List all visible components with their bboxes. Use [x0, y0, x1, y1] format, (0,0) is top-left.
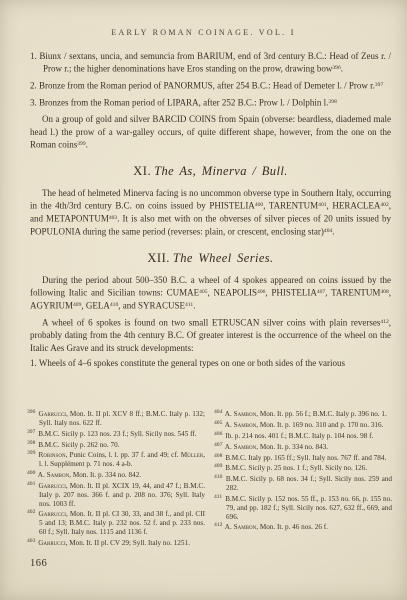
text-run: , NEAPOLIS: [208, 288, 258, 298]
text-run: , TARENTUM: [325, 288, 380, 298]
page-number: 166: [30, 558, 47, 569]
text-run: , HERACLEA: [327, 201, 381, 211]
paragraph-barcid-coins: On a group of gold and silver BARCID COI…: [30, 113, 391, 151]
footnote-number: 402: [27, 509, 35, 515]
text-run: .: [332, 227, 334, 237]
footnote-entry-397: 397 B.M.C. Sicily p. 123 nos. 23 f.; Syl…: [27, 428, 205, 439]
footnote-entry-408: 408 B.M.C. Italy pp. 165 ff.; Syll. Ital…: [214, 452, 392, 463]
text-run: , Mon. It. p. 334 no. 842.: [69, 471, 141, 479]
text-run: A wheel of 6 spokes is found on two smal…: [42, 318, 380, 328]
author-name: Sambon: [234, 443, 257, 451]
text-run: B.M.C. Sicily p. 123 nos. 23 f.; Syll. S…: [38, 430, 196, 438]
author-name: Robinson: [39, 452, 66, 460]
footnote-reference: 411: [185, 302, 193, 308]
footnote-reference: 402: [380, 202, 388, 208]
author-name: Sambon: [234, 523, 257, 531]
running-head: EARLY ROMAN COINAGE. VOL. I: [0, 28, 407, 37]
footnote-entry-412: 412 A. Sambon, Mon. It. p. 46 nos. 26 f.: [214, 521, 392, 532]
author-name: Garrucci: [39, 410, 66, 418]
text-run: .: [193, 301, 195, 311]
footnote-entry-409: 409 B.M.C. Sicily p. 25 nos. 1 f.; Syll.…: [214, 462, 392, 473]
footnote-entry-399: 399 Robinson, Punic Coins, l. l. pp. 37 …: [27, 449, 205, 469]
footnote-reference: 410: [110, 302, 118, 308]
text-run: B.M.C. Sicily p. 68 nos. 34 f.; Syll. Si…: [226, 475, 392, 492]
footnote-number: 408: [214, 453, 222, 459]
footnote-reference: 401: [318, 202, 326, 208]
text-run: A.: [225, 421, 234, 429]
footnote-entry-401: 401 Garrucci, Mon. It. II pl. XCIX 19, 4…: [27, 480, 205, 508]
text-run: B.M.C. Sicily p. 262 no. 70.: [38, 441, 119, 449]
section-title: The As, Minerva / Bull.: [154, 164, 288, 178]
author-name: Sambon: [47, 471, 70, 479]
text-run: Bronzes from the Roman period of LIPARA,…: [39, 98, 328, 108]
author-name: Garrucci: [38, 482, 65, 490]
footnote-entry-403: 403 Garrucci, Mon. It. II pl. CV 29; Syl…: [27, 537, 205, 548]
author-name: Garrucci: [38, 539, 65, 547]
footnote-number: 405: [214, 420, 222, 426]
section-heading-xii: XII.The Wheel Series.: [30, 251, 391, 266]
paragraph-minerva-bull: The head of helmeted Minerva facing is n…: [30, 187, 391, 238]
author-name: Sambon: [234, 410, 257, 418]
text-run: Bronze from the Roman period of PANORMUS…: [39, 81, 375, 91]
text-run: B.M.C. Sicily p. 25 nos. 1 f.; Syll. Sic…: [225, 464, 367, 472]
text-run: A.: [38, 471, 47, 479]
text-run: , GELA: [81, 301, 110, 311]
text-run: Ib. p. 214 nos. 401 f.; B.M.C. Italy p. …: [225, 432, 373, 440]
author-name: Sambon: [234, 421, 257, 429]
section-title: The Wheel Series.: [173, 251, 274, 265]
text-run: A.: [225, 443, 234, 451]
footnote-reference: 396: [332, 65, 340, 71]
text-run: , Mon. It. II pl. CV 29; Syll. Italy no.…: [66, 539, 190, 547]
text-run: , PHISTELIA: [265, 288, 316, 298]
footnote-number: 407: [214, 442, 222, 448]
text-run: , Mon. It. p. 46 nos. 26 f.: [256, 523, 328, 531]
footnote-col-left: 396 Garrucci, Mon. It. II pl. XCV 8 ff.;…: [27, 408, 205, 548]
footnote-number: 398: [27, 440, 35, 446]
item-number: 2.: [30, 81, 37, 91]
footnote-entry-400: 400 A. Sambon, Mon. It. p. 334 no. 842.: [27, 469, 205, 480]
footnote-entry-396: 396 Garrucci, Mon. It. II pl. XCV 8 ff.;…: [27, 408, 205, 428]
footnote-reference: 399: [77, 141, 85, 147]
text-run: B.M.C. Italy pp. 165 ff.; Syll. Italy no…: [225, 454, 386, 462]
footnote-reference: 408: [380, 289, 388, 295]
footnote-number: 399: [27, 450, 35, 456]
footnote-entry-407: 407 A. Sambon, Mon. It. p. 334 no. 843.: [214, 441, 392, 452]
footnote-number: 410: [214, 474, 222, 480]
book-page-scan: EARLY ROMAN COINAGE. VOL. I 1. Biunx / s…: [0, 0, 407, 600]
footnote-reference: 412: [380, 319, 388, 325]
item-number: 1.: [30, 51, 37, 61]
footnote-entry-406: 406 Ib. p. 214 nos. 401 f.; B.M.C. Italy…: [214, 430, 392, 441]
item-number: 3.: [30, 98, 37, 108]
footnote-entry-404: 404 A. Sambon, Mon. It. pp. 56 f.; B.M.C…: [214, 408, 392, 419]
text-run: , Mon. It. pp. 56 f.; B.M.C. Italy p. 39…: [256, 410, 387, 418]
text-run: , Mon. It. p. 334 no. 843.: [256, 443, 328, 451]
intro-list-item-3: 3. Bronzes from the Roman period of LIPA…: [30, 96, 391, 109]
text-run: Wheels of 4–6 spokes constitute the gene…: [39, 358, 345, 368]
footnotes-section: 396 Garrucci, Mon. It. II pl. XCV 8 ff.;…: [27, 408, 392, 548]
footnote-number: 404: [214, 409, 222, 415]
intro-list: 1. Biunx / sextans, uncia, and semuncia …: [30, 50, 391, 109]
section-number: XII.: [147, 251, 169, 265]
footnote-entry-410: 410 B.M.C. Sicily p. 68 nos. 34 f.; Syll…: [214, 473, 392, 493]
footnote-number: 406: [214, 431, 222, 437]
text-run: A.: [225, 410, 234, 418]
footnote-number: 409: [214, 463, 222, 469]
main-text-block: 1. Biunx / sextans, uncia, and semuncia …: [30, 50, 391, 369]
text-run: B.M.C. Sicily p. 152 nos. 55 ff., p. 153…: [225, 495, 392, 521]
author-name: Garrucci: [39, 511, 66, 519]
item-number: 1.: [30, 358, 37, 368]
footnote-reference: 397: [375, 82, 383, 88]
paragraph-wheel-towns: During the period about 500–350 B.C. a w…: [30, 274, 391, 312]
footnote-number: 411: [214, 494, 222, 500]
footnote-number: 412: [214, 522, 222, 528]
text-run: .: [341, 64, 343, 74]
footnote-reference: 405: [199, 289, 207, 295]
footnote-number: 403: [27, 538, 35, 544]
footnote-reference: 398: [328, 99, 336, 105]
wheel-list-item: 1. Wheels of 4–6 spokes constitute the g…: [30, 357, 391, 369]
footnote-reference: 403: [109, 215, 117, 221]
section-heading-xi: XI.The As, Minerva / Bull.: [30, 164, 391, 179]
text-run: , and SYRACUSE: [118, 301, 185, 311]
footnote-col-right: 404 A. Sambon, Mon. It. pp. 56 f.; B.M.C…: [214, 408, 392, 548]
footnote-reference: 400: [255, 202, 263, 208]
footnote-entry-398: 398 B.M.C. Sicily p. 262 no. 70.: [27, 439, 205, 450]
text-run: A.: [225, 523, 234, 531]
footnote-number: 400: [27, 470, 35, 476]
footnote-number: 401: [27, 481, 35, 487]
footnote-entry-402: 402 Garrucci, Mon. It. II pl. CI 30, 33,…: [27, 508, 205, 536]
footnote-number: 396: [27, 409, 35, 415]
intro-list-item-2: 2. Bronze from the Roman period of PANOR…: [30, 79, 391, 92]
text-run: , Punic Coins, l. l. pp. 37 f. and 49; c…: [66, 452, 181, 460]
intro-list-item-1: 1. Biunx / sextans, uncia, and semuncia …: [30, 50, 391, 75]
text-run: , Mon. It. p. 169 no. 310 and p. 170 no.…: [256, 421, 383, 429]
section-number: XI.: [133, 164, 151, 178]
footnote-entry-411: 411 B.M.C. Sicily p. 152 nos. 55 ff., p.…: [214, 493, 392, 521]
footnote-reference: 407: [317, 289, 325, 295]
text-run: .: [86, 139, 88, 149]
footnote-number: 397: [27, 429, 35, 435]
text-run: , TARENTUM: [263, 201, 318, 211]
paragraph-wheel-etruscan: A wheel of 6 spokes is found on two smal…: [30, 316, 391, 354]
author-name: Müller: [181, 452, 204, 460]
footnote-entry-405: 405 A. Sambon, Mon. It. p. 169 no. 310 a…: [214, 419, 392, 430]
